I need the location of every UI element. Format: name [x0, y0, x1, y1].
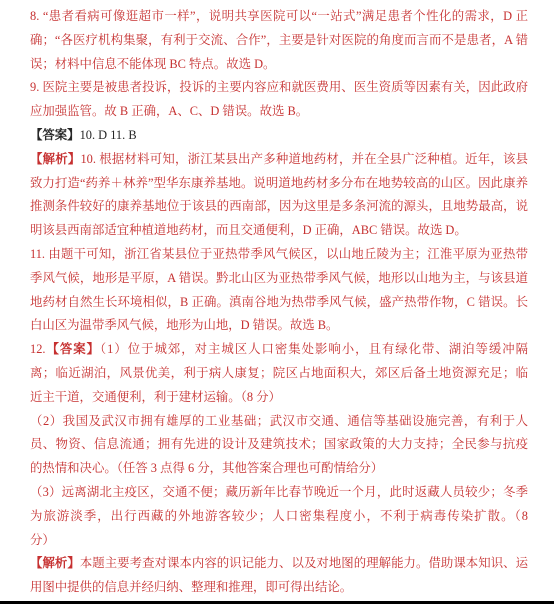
text-line: 9. 医院主要是被患者投诉，投诉的主要内容应和就医费用、医生资质等因素有关，因此…	[30, 76, 528, 100]
line-marker-label: 【答案】	[30, 128, 80, 142]
text-line: 分）	[30, 529, 528, 553]
document-text-block: 8. “患者看病可像逛超市一样”，说明共享医院可以“一站式”满足患者个性化的需求…	[30, 5, 528, 600]
line-marker-label: 【解析】	[30, 556, 80, 570]
text-line: 推测条件较好的康养基地位于该县的西南部，因为这里是多条河流的源头，且地势最高，说	[30, 195, 528, 219]
text-line: 确；“各医疗机构集聚，有利于交流、合作”，主要是针对医院的角度而言而不是患者，A…	[30, 29, 528, 53]
text-line: 明该县西南部适宜种植道地药材，而且交通便利，D 正确，ABC 错误。故选 D。	[30, 219, 528, 243]
text-line: 12.【答案】（1）位于城郊，对主城区人口密集处影响小，且有绿化带、湖泊等缓冲隔	[30, 338, 528, 362]
line-marker-label: 【解析】	[30, 152, 80, 166]
answer-key-document-page: 8. “患者看病可像逛超市一样”，说明共享医院可以“一站式”满足患者个性化的需求…	[0, 0, 554, 604]
text-line: （2）我国及武汉市拥有雄厚的工业基础；武汉市交通、通信等基础设施完善，有利于人	[30, 410, 528, 434]
text-line: 员、物资、信息流通；拥有先进的设计及建筑技术；国家政策的大力支持；全民参与抗疫	[30, 433, 528, 457]
line-marker-label: 【答案】	[46, 342, 101, 356]
text-line: 为旅游淡季，出行西藏的外地游客较少；人口密集程度小，不利于病毒传染扩散。（8	[30, 505, 528, 529]
text-line: 地药材自然生长环境相似，B 正确。滇南谷地为热带季风气候，盛产热带作物，C 错误…	[30, 291, 528, 315]
text-line: 致力打造“药养＋林养”型华东康养基地。说明道地药材多分布在地势较高的山区。因此康…	[30, 172, 528, 196]
text-line: 【答案】10. D 11. B	[30, 124, 528, 148]
text-line: 【解析】10. 根据材料可知，浙江某县出产多种道地药材，并在全县广泛种植。近年，…	[30, 148, 528, 172]
text-line: （3）远离湖北主疫区，交通不便；藏历新年比春节晚近一个月，此时返藏人员较少；冬季	[30, 481, 528, 505]
text-line: 季风气候，地形是平原，A 错误。黔北山区为亚热带季风气候，地形以山地为主，与该县…	[30, 267, 528, 291]
text-line: 离；临近湖泊，风景优美，利于病人康复；院区占地面积大，郊区后备土地资源充足；临	[30, 362, 528, 386]
text-line: 【解析】本题主要考查对课本内容的识记能力、以及对地图的理解能力。借助课本知识、运	[30, 552, 528, 576]
text-line: 11. 由题干可知，浙江省某县位于亚热带季风气候区，以山地丘陵为主；江淮平原为亚…	[30, 243, 528, 267]
text-line: 用图中提供的信息并经归纳、整理和推理，即可得出结论。	[30, 576, 528, 600]
text-line: 白山区为温带季风气候，地形为山地，D 错误。故选 B。	[30, 314, 528, 338]
text-line: 误；材料中信息不能体现 BC 特点。故选 D。	[30, 53, 528, 77]
text-line: 近主干道，交通便利，利于建材运输。（8 分）	[30, 386, 528, 410]
text-line: 应加强监管。故 B 正确，A、C、D 错误。故选 B。	[30, 100, 528, 124]
text-line: 的热情和决心。（任答 3 点得 6 分，其他答案合理也可酌情给分）	[30, 457, 528, 481]
text-line: 8. “患者看病可像逛超市一样”，说明共享医院可以“一站式”满足患者个性化的需求…	[30, 5, 528, 29]
